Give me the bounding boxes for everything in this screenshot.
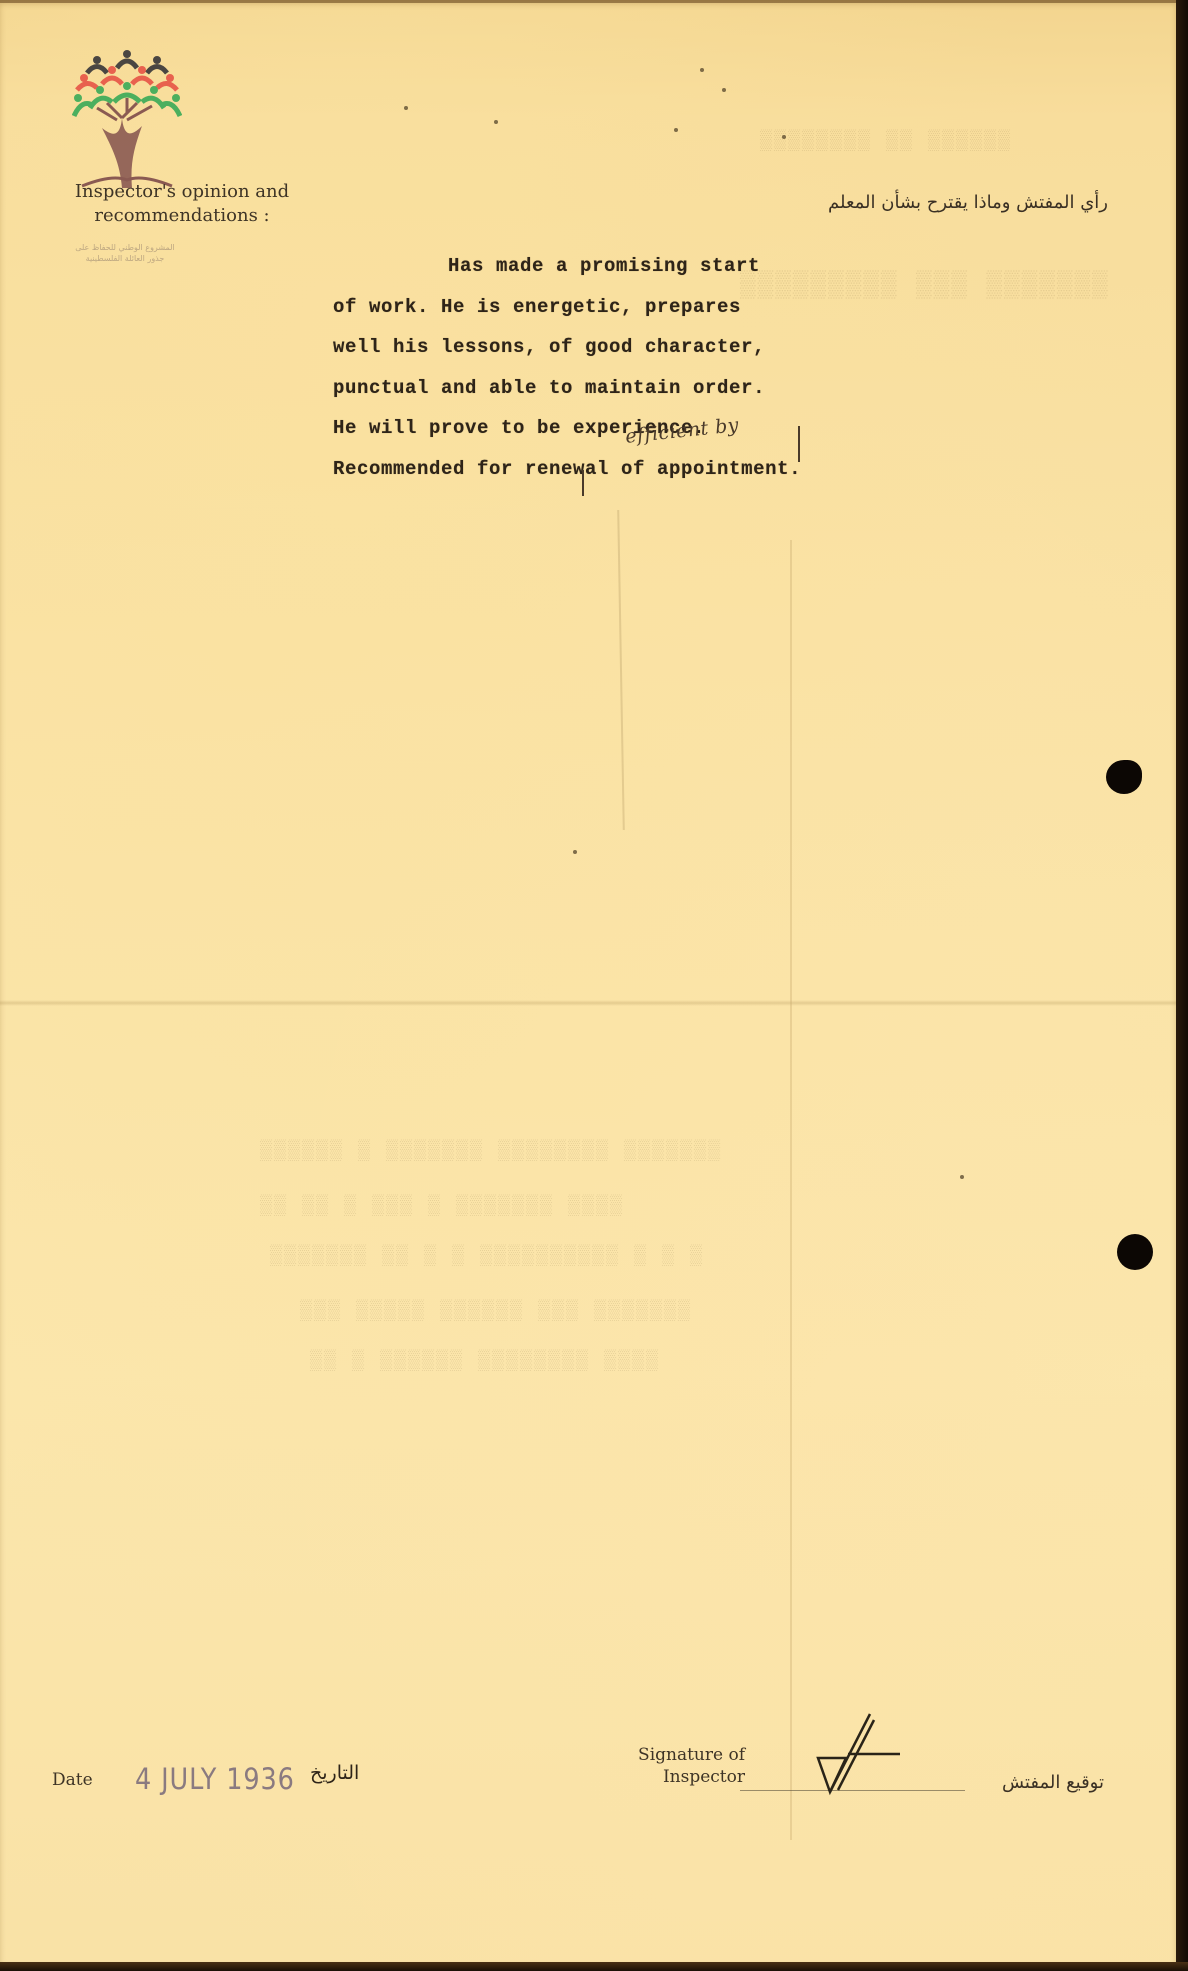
speck: [782, 135, 786, 139]
bleed-through-text: ▒▒▒▒▒▒ ▒ ▒▒▒▒▒▒▒ ▒▒▒▒▒▒▒▒ ▒▒▒▒▒▒▒: [260, 1140, 722, 1163]
inspector-opinion-label: Inspector's opinion and recommendations …: [52, 180, 312, 228]
bleed-through-text: ▒▒ ▒ ▒▒▒▒▒▒ ▒▒▒▒▒▒▒▒ ▒▒▒▒: [310, 1350, 660, 1373]
remark-line: Has made a promising start: [333, 250, 983, 291]
horizontal-fold-crease: [0, 1000, 1176, 1006]
bleed-through-text: ▒▒▒ ▒▒▒▒▒ ▒▒▒▒▒▒ ▒▒▒ ▒▒▒▒▒▒▒: [300, 1300, 692, 1323]
typed-remarks: Has made a promising start of work. He i…: [333, 250, 983, 493]
speck: [674, 128, 678, 132]
label-line-1: Inspector's opinion and: [52, 180, 312, 204]
bleed-through-text: ▒▒▒▒▒▒▒▒ ▒▒ ▒▒▒▒▒▒: [760, 130, 1012, 153]
bleed-through-text: ▒▒ ▒▒ ▒ ▒▒▒ ▒ ▒▒▒▒▒▒▒ ▒▒▒▒: [260, 1195, 624, 1218]
date-label: Date: [52, 1770, 93, 1790]
signature-label: Signature of Inspector: [595, 1744, 745, 1788]
speck: [722, 88, 726, 92]
speck: [700, 68, 704, 72]
punch-hole: [1106, 760, 1142, 794]
remark-line: punctual and able to maintain order.: [333, 372, 983, 413]
signature-label-line-2: Inspector: [595, 1766, 745, 1788]
punch-hole: [1117, 1234, 1153, 1270]
paper-crease: [617, 510, 625, 830]
date-label-arabic: التاريخ: [310, 1762, 359, 1784]
speck: [960, 1175, 964, 1179]
signature-label-arabic: توقيع المفتش: [1002, 1772, 1104, 1793]
date-stamp: 4 JULY 1936: [135, 1762, 295, 1796]
vertical-fold-crease: [790, 540, 792, 1840]
scan-top-edge: [0, 0, 1188, 3]
family-tree-logo-icon: [72, 48, 182, 188]
signature-initials-icon: [808, 1710, 928, 1800]
insertion-stroke: [798, 426, 800, 462]
document-page: ▒▒▒▒▒▒▒▒ ▒▒ ▒▒▒▒▒▒ ▒▒▒▒▒▒▒▒▒ ▒▒▒ ▒▒▒▒▒▒▒…: [0, 0, 1179, 1962]
inspector-opinion-label-arabic: رأي المفتش وماذا يقترح بشأن المعلم: [828, 192, 1108, 213]
speck: [573, 850, 577, 854]
scan-bottom-edge: [0, 1962, 1188, 1971]
watermark-line-1: المشروع الوطني للحفاظ على: [60, 242, 190, 253]
remark-line: of work. He is energetic, prepares: [333, 291, 983, 332]
speck: [404, 106, 408, 110]
watermark-line-2: جذور العائلة الفلسطينية: [60, 253, 190, 264]
bleed-through-text: ▒▒▒▒▒▒▒ ▒▒ ▒ ▒ ▒▒▒▒▒▒▒▒▒▒ ▒ ▒ ▒: [270, 1245, 704, 1268]
scan-right-edge: [1176, 0, 1188, 1971]
remark-line: Recommended for renewal of appointment.: [333, 453, 983, 494]
watermark-caption: المشروع الوطني للحفاظ على جذور العائلة ا…: [60, 242, 190, 264]
signature-label-line-1: Signature of: [595, 1744, 745, 1766]
speck: [494, 120, 498, 124]
label-line-2: recommendations :: [52, 204, 312, 228]
remark-line: well his lessons, of good character,: [333, 331, 983, 372]
insertion-caret: [582, 470, 584, 496]
